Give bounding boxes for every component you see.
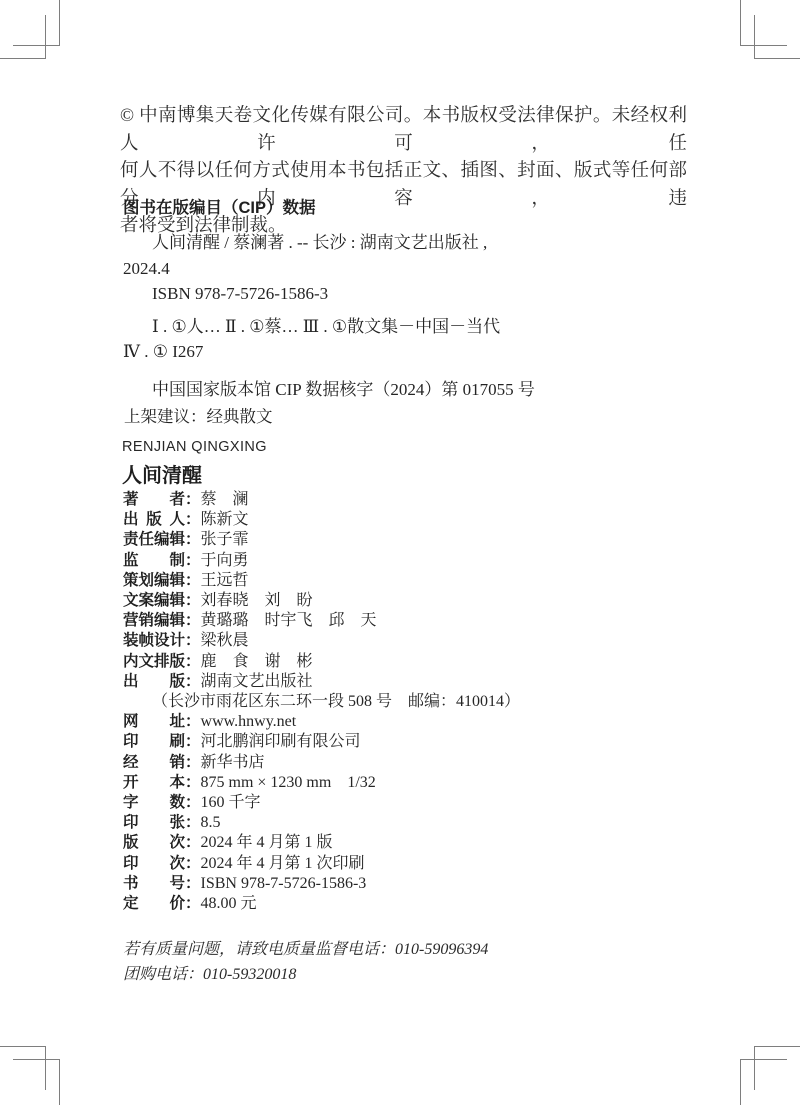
- colophon-value: 新华书店: [201, 754, 265, 771]
- colophon-row: 出版人：陈新文: [123, 510, 693, 530]
- colophon-row: 文案编辑：刘春晓 刘 盼: [123, 591, 693, 611]
- colophon-row: 策划编辑：王远哲: [123, 571, 693, 591]
- colophon-value: 于向勇: [201, 552, 249, 569]
- colophon-colon: ：: [185, 875, 201, 892]
- colophon-value: 陈新文: [201, 511, 249, 528]
- colophon-value: 蔡 澜: [201, 491, 249, 508]
- colophon-row: 责任编辑：张子霏: [123, 530, 693, 550]
- colophon-row: 书号：ISBN 978-7-5726-1586-3: [123, 874, 693, 894]
- colophon-colon: ：: [185, 572, 201, 589]
- colophon-colon: ：: [185, 592, 201, 609]
- colophon-value: www.hnwy.net: [201, 713, 297, 730]
- colophon-colon: ：: [185, 834, 201, 851]
- cip-classification-1: Ⅰ . ①人… Ⅱ . ①蔡… Ⅲ . ①散文集－中国－当代: [123, 314, 683, 340]
- colophon-value: 2024 年 4 月第 1 版: [201, 834, 333, 851]
- colophon-value: ISBN 978-7-5726-1586-3: [201, 875, 367, 892]
- colophon-row: 营销编辑：黄璐璐 时宇飞 邱 天: [123, 611, 693, 631]
- cip-record-number: 中国国家版本馆 CIP 数据核字（2024）第 017055 号: [123, 377, 683, 403]
- colophon-row: 装帧设计：梁秋晨: [123, 631, 693, 651]
- colophon-value: 160 千字: [201, 794, 261, 811]
- cip-block: 图书在版编目（CIP）数据 人间清醒 / 蔡澜著 . -- 长沙 : 湖南文艺出…: [123, 197, 683, 402]
- colophon-label: 著者: [123, 490, 185, 510]
- colophon-label: 内文排版: [123, 652, 185, 672]
- colophon-row: 字数：160 千字: [123, 793, 693, 813]
- colophon-label: 印张: [123, 813, 185, 833]
- colophon-colon: ：: [185, 895, 201, 912]
- colophon-row: 内文排版：鹿 食 谢 彬: [123, 652, 693, 672]
- colophon-label: 装帧设计: [123, 631, 185, 651]
- colophon-label: 定价: [123, 894, 185, 914]
- quality-hotline: 若有质量问题，请致电质量监督电话：010-59096394: [123, 938, 488, 963]
- colophon-colon: ：: [185, 754, 201, 771]
- copyright-line-1: © 中南博集天卷文化传媒有限公司。本书版权受法律保护。未经权利人许可，任: [120, 103, 687, 158]
- colophon-label: 出版人: [123, 510, 185, 530]
- footer-hotlines: 若有质量问题，请致电质量监督电话：010-59096394 团购电话：010-5…: [123, 938, 488, 987]
- colophon-label: 版次: [123, 833, 185, 853]
- crop-mark-bottom-left-inner: [0, 1046, 46, 1090]
- colophon-label: 出版: [123, 672, 185, 692]
- colophon-colon: ：: [185, 632, 201, 649]
- colophon-colon: ：: [185, 491, 201, 508]
- colophon-row: 定价：48.00 元: [123, 894, 693, 914]
- colophon-label: 字数: [123, 793, 185, 813]
- colophon-label: 印刷: [123, 732, 185, 752]
- book-copyright-page: { "colors": { "ink": "#242424", "crop_ma…: [0, 0, 800, 1105]
- colophon-label: 书号: [123, 874, 185, 894]
- colophon-label: 监制: [123, 551, 185, 571]
- cip-isbn-line: ISBN 978-7-5726-1586-3: [123, 281, 683, 307]
- cip-year-line: 2024.4: [123, 256, 683, 282]
- colophon-value: 875 mm × 1230 mm 1/32: [201, 774, 376, 791]
- colophon-colon: ：: [185, 794, 201, 811]
- colophon-label: 印次: [123, 854, 185, 874]
- colophon-label: 网址: [123, 712, 185, 732]
- colophon-label: 营销编辑: [123, 611, 185, 631]
- colophon-colon: ：: [185, 531, 201, 548]
- colophon-list: 著者：蔡 澜 出版人：陈新文 责任编辑：张子霏 监制：于向勇 策划编辑：王远哲 …: [123, 490, 693, 914]
- colophon-colon: ：: [185, 855, 201, 872]
- shelf-suggestion: 上架建议：经典散文: [124, 403, 273, 427]
- colophon-colon: ：: [185, 814, 201, 831]
- colophon-row: 印刷：河北鹏润印刷有限公司: [123, 732, 693, 752]
- group-purchase-hotline: 团购电话：010-59320018: [123, 963, 488, 988]
- colophon-colon: ：: [185, 612, 201, 629]
- colophon-value: 8.5: [201, 814, 221, 831]
- colophon-value: 湖南文艺出版社: [201, 673, 313, 690]
- colophon-value: 王远哲: [201, 572, 249, 589]
- colophon-label: 文案编辑: [123, 591, 185, 611]
- book-title: 人间清醒: [122, 459, 267, 488]
- book-title-pinyin: RENJIAN QINGXING: [122, 438, 267, 456]
- colophon-colon: ：: [185, 713, 201, 730]
- colophon-row: 网址：www.hnwy.net: [123, 712, 693, 732]
- colophon-label: 经销: [123, 753, 185, 773]
- colophon-label: 责任编辑: [123, 530, 185, 550]
- colophon-row: 经销：新华书店: [123, 753, 693, 773]
- colophon-value: 2024 年 4 月第 1 次印刷: [201, 855, 365, 872]
- colophon-colon: ：: [185, 511, 201, 528]
- colophon-value: 黄璐璐 时宇飞 邱 天: [201, 612, 377, 629]
- colophon-colon: ：: [185, 552, 201, 569]
- colophon-label: 策划编辑: [123, 571, 185, 591]
- crop-mark-top-right-inner: [754, 15, 800, 59]
- colophon-label: 开本: [123, 773, 185, 793]
- colophon-row: 著者：蔡 澜: [123, 490, 693, 510]
- colophon-value: （长沙市雨花区东二环一段 508 号 邮编：410014）: [152, 693, 520, 710]
- colophon-row: 印张：8.5: [123, 813, 693, 833]
- cip-title-line: 人间清醒 / 蔡澜著 . -- 长沙 : 湖南文艺出版社 ,: [123, 230, 683, 256]
- colophon-value: 梁秋晨: [201, 632, 249, 649]
- colophon-row: 印次：2024 年 4 月第 1 次印刷: [123, 854, 693, 874]
- colophon-row: 开本：875 mm × 1230 mm 1/32: [123, 773, 693, 793]
- colophon-row: 监制：于向勇: [123, 551, 693, 571]
- cip-heading: 图书在版编目（CIP）数据: [123, 197, 683, 219]
- colophon-colon: ：: [185, 774, 201, 791]
- colophon-value: 刘春晓 刘 盼: [201, 592, 313, 609]
- colophon-value: 河北鹏润印刷有限公司: [201, 733, 361, 750]
- title-block: RENJIAN QINGXING 人间清醒: [122, 438, 267, 488]
- crop-mark-top-left-inner: [0, 15, 46, 59]
- colophon-row: （长沙市雨花区东二环一段 508 号 邮编：410014）: [123, 692, 693, 712]
- colophon-value: 张子霏: [201, 531, 249, 548]
- colophon-value: 鹿 食 谢 彬: [201, 653, 313, 670]
- colophon-colon: ：: [185, 673, 201, 690]
- colophon-value: 48.00 元: [201, 895, 257, 912]
- cip-classification-2: Ⅳ . ① I267: [123, 339, 683, 365]
- colophon-row: 版次：2024 年 4 月第 1 版: [123, 833, 693, 853]
- colophon-colon: ：: [185, 733, 201, 750]
- crop-mark-bottom-right-inner: [754, 1046, 800, 1090]
- colophon-colon: ：: [185, 653, 201, 670]
- colophon-row: 出版：湖南文艺出版社: [123, 672, 693, 692]
